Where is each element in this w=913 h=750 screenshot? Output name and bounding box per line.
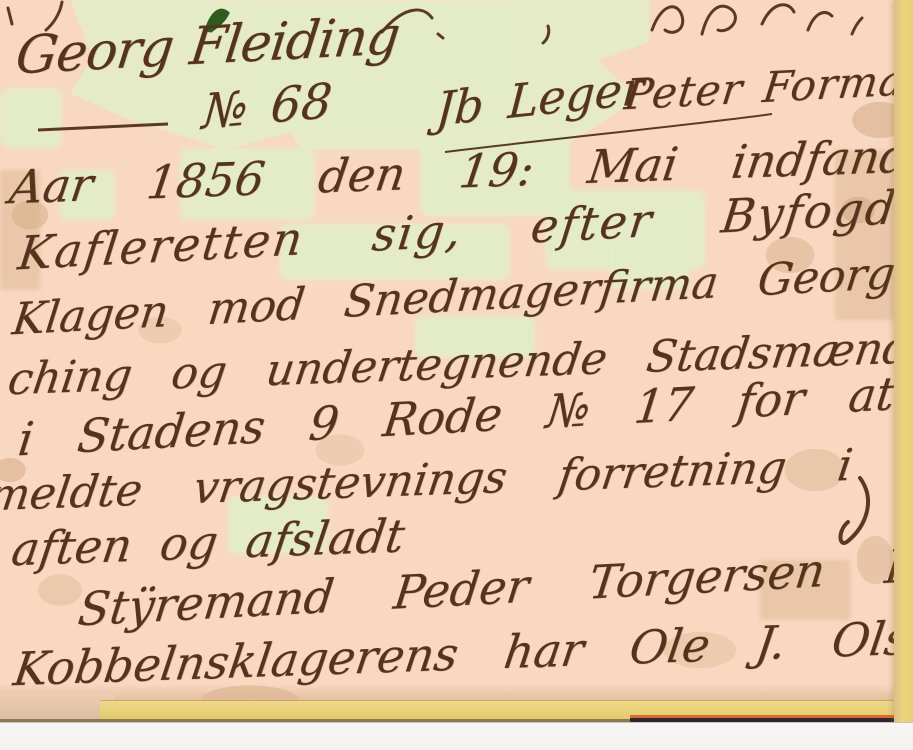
scanned-manuscript-page: Georg Fleiding№ 68Jb LegerPeter FormannA…: [0, 0, 913, 750]
paper-bottom-shadow: [0, 684, 913, 700]
manuscript-line-1: № 68: [200, 73, 334, 141]
manuscript-line-2: Jb Leger: [434, 60, 646, 137]
manuscript-line-0: Georg Fleiding: [13, 6, 403, 87]
page-edge-tan: [0, 694, 115, 722]
manuscript-line-10: aften og afsladt: [8, 508, 408, 576]
book-edge-right-yellow: [894, 0, 913, 722]
handwritten-text-block: Georg Fleiding№ 68Jb LegerPeter FormannA…: [0, 0, 913, 722]
scanner-margin: [0, 722, 913, 750]
manuscript-line-3: Peter Formann: [622, 52, 913, 119]
